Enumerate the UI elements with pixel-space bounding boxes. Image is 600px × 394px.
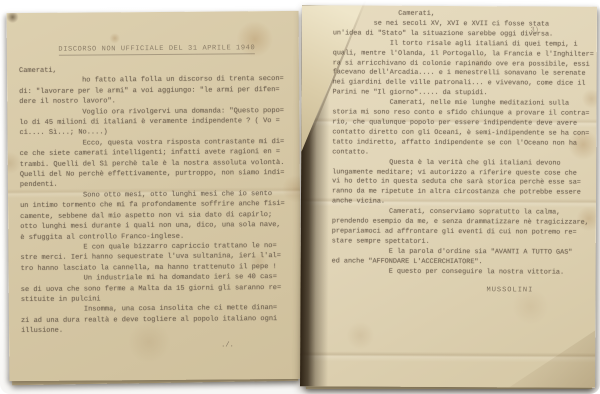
right-page-text: Camerati, se nei secoli XV, XVI e XVII c… <box>301 5 597 278</box>
right-page: 3) Camerati, se nei secoli XV, XVI e XVI… <box>300 5 597 388</box>
continuation-mark: ./. <box>9 340 301 350</box>
left-page: DISCORSO NON UFFICIALE DEL 31 APRILE 194… <box>7 11 302 381</box>
document-title: DISCORSO NON UFFICIALE DEL 31 APRILE 194… <box>21 44 293 54</box>
left-page-text: Camerati, ho fatto alla folla un discors… <box>7 52 301 337</box>
folded-corner-bottom-right <box>485 317 595 388</box>
scanned-document-photo: DISCORSO NON UFFICIALE DEL 31 APRILE 194… <box>0 0 600 394</box>
text-line: E questo per conseguire la nostra vittor… <box>332 267 596 278</box>
text-line: illusione. <box>21 324 301 337</box>
signature: MUSSOLINI <box>300 286 595 296</box>
document-title-text: DISCORSO NON UFFICIALE DEL 31 APRILE 194… <box>58 44 255 56</box>
